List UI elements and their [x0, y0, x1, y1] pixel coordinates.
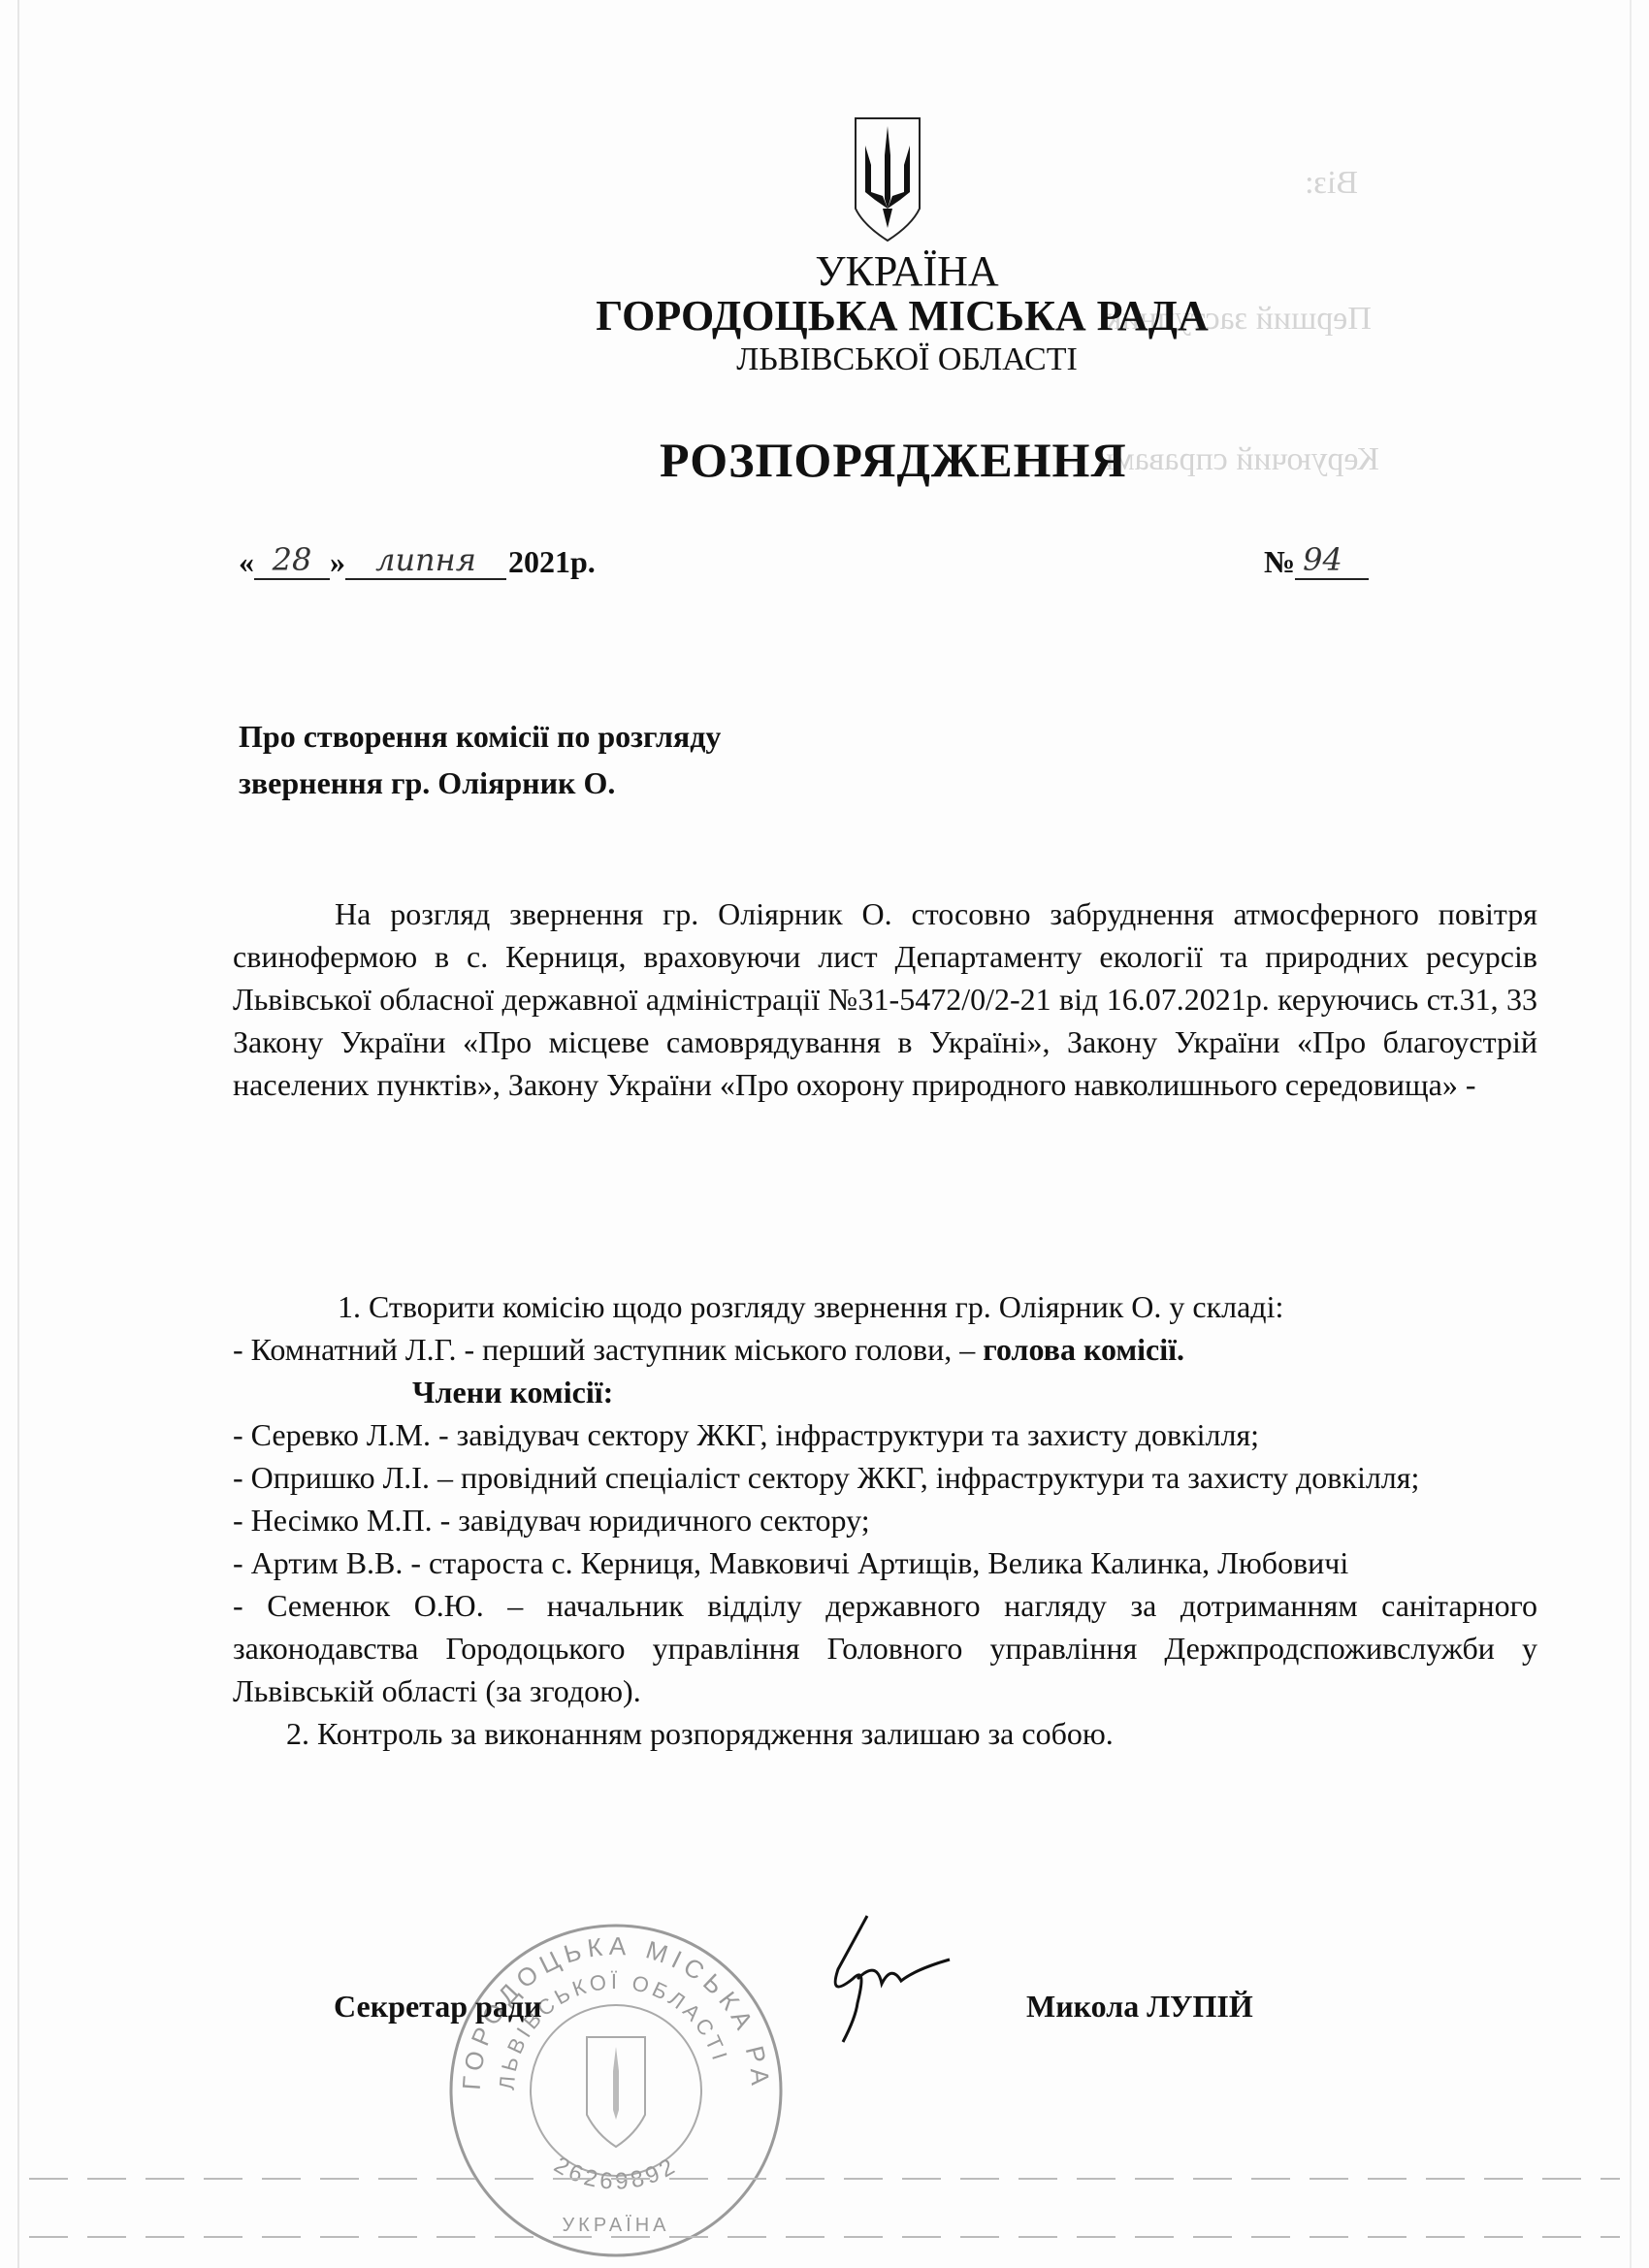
date-year: 2021р.: [508, 544, 596, 580]
bleed-through-text: Віз:: [1305, 165, 1358, 202]
date-close-quote: »: [330, 544, 345, 580]
commission-chair: - Комнатний Л.Г. - перший заступник місь…: [233, 1328, 1537, 1371]
preamble-paragraph: На розгляд звернення гр. Оліярник О. сто…: [233, 892, 1537, 1106]
member-item: - Опришко Л.І. – провідний спеціаліст се…: [233, 1456, 1537, 1499]
handwritten-signature-icon: [799, 1911, 954, 2047]
official-seal-icon: ГОРОДОЦЬКА МІСЬКА РАДА ЛЬВІВСЬКОЇ ОБЛАСТ…: [441, 1916, 791, 2265]
signatory-name: Микола ЛУПІЙ: [1026, 1989, 1253, 2025]
members-heading: Члени комісії:: [233, 1371, 1537, 1413]
document-date: « 28 » липня 2021р.: [239, 541, 596, 580]
subject-line: звернення гр. Оліярник О.: [239, 760, 721, 806]
orders-section: 1. Створити комісію щодо розгляду зверне…: [233, 1285, 1537, 1755]
document-type-title: РОЗПОРЯДЖЕННЯ: [660, 432, 1127, 488]
date-day-handwritten: 28: [254, 541, 330, 580]
scan-edge-right: [1630, 0, 1632, 2268]
bleed-through-text: Керуючий справами: [1096, 441, 1379, 478]
scan-artifact-line: [29, 2236, 1620, 2238]
region-heading: ЛЬВІВСЬКОЇ ОБЛАСТІ: [543, 341, 1271, 378]
document-number: № 94: [1264, 541, 1369, 580]
svg-text:УКРАЇНА: УКРАЇНА: [562, 2215, 669, 2236]
scan-artifact-line: [29, 2178, 1620, 2180]
member-item: - Артим В.В. - староста с. Керниця, Мавк…: [233, 1541, 1537, 1584]
number-label: №: [1264, 544, 1295, 580]
council-heading: ГОРОДОЦЬКА МІСЬКА РАДА: [446, 291, 1358, 340]
number-handwritten: 94: [1295, 541, 1369, 580]
member-item: - Семенюк О.Ю. – начальник відділу держа…: [233, 1584, 1537, 1712]
svg-text:26269892: 26269892: [549, 2152, 682, 2195]
order-item-2: 2. Контроль за виконанням розпорядження …: [233, 1712, 1537, 1755]
subject-line: Про створення комісії по розгляду: [239, 713, 721, 760]
trident-emblem-icon: [854, 116, 921, 243]
signatory-title: Секретар ради: [334, 1989, 541, 2025]
document-page: Віз: Перший заступник Керуючий справами …: [0, 0, 1649, 2268]
date-month-handwritten: липня: [345, 541, 506, 580]
chair-text: - Комнатний Л.Г. - перший заступник місь…: [233, 1332, 983, 1367]
country-heading: УКРАЇНА: [485, 246, 1329, 296]
date-open-quote: «: [239, 544, 254, 580]
member-item: - Несімко М.П. - завідувач юридичного се…: [233, 1499, 1537, 1541]
scan-edge-left: [17, 0, 19, 2268]
order-item-1: 1. Створити комісію щодо розгляду зверне…: [233, 1285, 1537, 1328]
document-subject: Про створення комісії по розгляду зверне…: [239, 713, 721, 806]
member-item: - Серевко Л.М. - завідувач сектору ЖКГ, …: [233, 1413, 1537, 1456]
chair-role: голова комісії.: [983, 1332, 1184, 1367]
